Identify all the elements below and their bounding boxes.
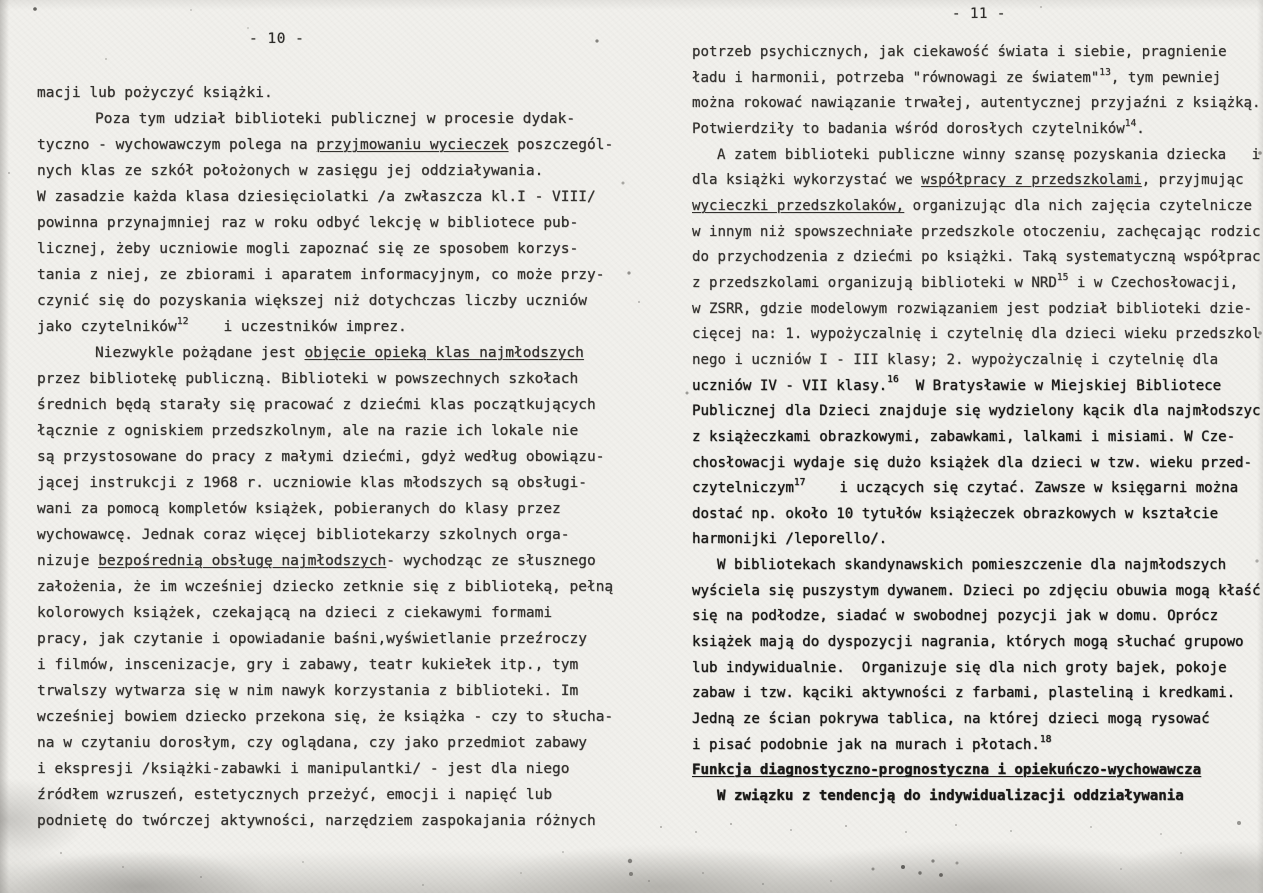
text-segment: i filmów, inscenizacje, gry i zabawy, te…	[37, 657, 578, 673]
text-segment: przyjmowaniu wycieczek	[316, 137, 508, 153]
page-number-left: - 10 -	[249, 31, 304, 47]
text-segment: wychowawcę. Jednak coraz więcej bibliote…	[37, 527, 570, 543]
text-segment: i w Czechosłowacji,	[1068, 275, 1238, 291]
text-line: macji lub pożyczyć książki.	[37, 80, 622, 106]
text-segment: źródłem wzruszeń, estetycznych przeżyć, …	[37, 787, 552, 803]
text-line: przez bibliotekę publiczną. Biblioteki w…	[37, 366, 622, 392]
text-line: nego i uczniów I - III klasy; 2. wypożyc…	[692, 348, 1263, 374]
text-segment: trwalszy wytwarza się w nim nawyk korzys…	[37, 683, 578, 699]
text-line: Publicznej dla Dzieci znajduje się wydzi…	[692, 399, 1263, 425]
footnote-ref: 13	[1099, 67, 1111, 78]
text-segment: wycieczki przedszkolaków,	[692, 198, 904, 214]
footnote-ref: 15	[1057, 272, 1069, 283]
text-segment: A zatem biblioteki publiczne winny szans…	[717, 147, 1260, 163]
text-segment: bezpośrednią obsługę najmłodszych	[98, 553, 386, 569]
footnote-ref: 16	[887, 374, 899, 385]
text-line: powinna przynajmniej raz w roku odbyć le…	[37, 210, 622, 236]
text-segment: z książeczkami obrazkowymi, zabawkami, l…	[692, 429, 1235, 445]
text-segment: łącznie z ogniskiem przedszkolnym, ale n…	[37, 423, 578, 439]
text-segment: nych klas ze szkół położonych w zasięgu …	[37, 163, 543, 179]
text-line: dostać np. około 10 tytułów książeczek o…	[692, 502, 1263, 528]
footnote-ref: 18	[1040, 734, 1052, 745]
text-segment: Funkcja diagnostyczno-prognostyczna i op…	[692, 762, 1201, 778]
text-segment: Poza tym udział biblioteki publicznej w …	[95, 111, 575, 127]
text-segment: - wychodząc ze słusznego	[386, 553, 596, 569]
text-segment: i pisać podobnie jak na murach i płotach…	[692, 737, 1040, 753]
text-segment: , tym pewniej	[1111, 70, 1221, 86]
text-segment: kolorowych książek, czekającą na dzieci …	[37, 605, 552, 621]
scanned-book-spread: - 10 - - 11 - macji lub pożyczyć książki…	[0, 0, 1263, 893]
text-segment: czynić się do pozyskania większej niż do…	[37, 293, 587, 309]
text-line: wychowawcę. Jednak coraz więcej bibliote…	[37, 522, 622, 548]
text-segment: współpracy z przedszkolami	[921, 172, 1142, 188]
page-lines: macji lub pożyczyć książki.Poza tym udzi…	[37, 80, 622, 834]
text-segment: i uczących się czytać. Zawsze w księgarn…	[805, 480, 1238, 496]
text-line: wyściela się puszystym dywanem. Dzieci p…	[692, 579, 1263, 605]
text-line: nych klas ze szkół położonych w zasięgu …	[37, 158, 622, 184]
text-line: w innym niż spowszechniałe przedszkole o…	[692, 220, 1263, 246]
text-segment: Publicznej dla Dzieci znajduje się wydzi…	[692, 403, 1261, 419]
text-line: Potwierdziły to badania wśród dorosłych …	[692, 117, 1263, 143]
text-line: wcześniej bowiem dziecko przekona się, ż…	[37, 704, 622, 730]
text-segment: tyczno - wychowawczym polega na	[37, 137, 316, 153]
page-10: macji lub pożyczyć książki.Poza tym udzi…	[37, 80, 622, 834]
text-line: dla książki wykorzystać we współpracy z …	[692, 168, 1263, 194]
text-segment: jącej instrukcji z 1968 r. uczniowie kla…	[37, 475, 587, 491]
text-segment: zabaw i tzw. kąciki aktywności z farbami…	[692, 685, 1235, 701]
text-segment: nizuje	[37, 553, 98, 569]
text-segment: harmonijki /leporello/.	[692, 531, 887, 547]
text-line: źródłem wzruszeń, estetycznych przeżyć, …	[37, 782, 622, 808]
text-line: potrzeb psychicznych, jak ciekawość świa…	[692, 40, 1263, 66]
text-line: Funkcja diagnostyczno-prognostyczna i op…	[692, 758, 1263, 784]
text-segment: średnich będą starały się pracować z dzi…	[37, 397, 596, 413]
text-line: Jedną ze ścian pokrywa tablica, na które…	[692, 707, 1263, 733]
text-line: i pisać podobnie jak na murach i płotach…	[692, 733, 1263, 759]
text-line: zabaw i tzw. kąciki aktywności z farbami…	[692, 681, 1263, 707]
text-line: lub indywidualnie. Organizuje się dla ni…	[692, 656, 1263, 682]
text-line: Niezwykle pożądane jest objęcie opieką k…	[37, 340, 622, 366]
text-line: i ekspresji /książki-zabawki i manipulan…	[37, 756, 622, 782]
text-line: W związku z tendencją do indywidualizacj…	[692, 784, 1263, 810]
page-11: potrzeb psychicznych, jak ciekawość świa…	[692, 40, 1263, 810]
text-segment: podnietę do twórczej aktywności, narzędz…	[37, 813, 596, 829]
text-line: w ZSRR, gdzie modelowym rozwiązaniem jes…	[692, 297, 1263, 323]
text-line: trwalszy wytwarza się w nim nawyk korzys…	[37, 678, 622, 704]
text-segment: licznej, żeby uczniowie mogli zapoznać s…	[37, 241, 578, 257]
text-segment: założenia, że im wcześniej dziecko zetkn…	[37, 579, 613, 595]
text-line: kolorowych książek, czekającą na dzieci …	[37, 600, 622, 626]
text-line: Poza tym udział biblioteki publicznej w …	[37, 106, 622, 132]
text-line: wycieczki przedszkolaków, organizując dl…	[692, 194, 1263, 220]
text-segment: organizując dla nich zajęcia czytelnicze	[904, 198, 1252, 214]
scan-noise	[0, 0, 2, 2]
text-segment: dla książki wykorzystać we	[692, 172, 921, 188]
text-line: czynić się do pozyskania większej niż do…	[37, 288, 622, 314]
text-segment: czytelniczym	[692, 480, 794, 496]
text-segment: tania z niej, ze zbiorami i aparatem inf…	[37, 267, 604, 283]
text-line: z książeczkami obrazkowymi, zabawkami, l…	[692, 425, 1263, 451]
text-segment: Niezwykle pożądane jest	[95, 345, 305, 361]
text-line: do przychodzenia z dziećmi po książki. T…	[692, 245, 1263, 271]
text-segment: do przychodzenia z dziećmi po książki. T…	[692, 249, 1261, 265]
text-line: jącej instrukcji z 1968 r. uczniowie kla…	[37, 470, 622, 496]
text-line: są przystosowane do pracy z małymi dzieć…	[37, 444, 622, 470]
text-segment: uczniów IV - VII klasy.	[692, 378, 887, 394]
text-segment: książek mają do dyspozycji nagrania, któ…	[692, 634, 1244, 650]
text-line: W bibliotekach skandynawskich pomieszcze…	[692, 553, 1263, 579]
page-lines: potrzeb psychicznych, jak ciekawość świa…	[692, 40, 1263, 810]
text-line: tania z niej, ze zbiorami i aparatem inf…	[37, 262, 622, 288]
text-segment: ładu i harmonii, potrzeba "równowagi ze …	[692, 70, 1099, 86]
text-line: średnich będą starały się pracować z dzi…	[37, 392, 622, 418]
text-segment: i ekspresji /książki-zabawki i manipulan…	[37, 761, 570, 777]
text-segment: .	[1136, 121, 1145, 137]
text-segment: pracy, jak czytanie i opowiadanie baśni,…	[37, 631, 587, 647]
text-line: jako czytelników12 i uczestników imprez.	[37, 314, 622, 340]
text-line: się na podłodze, siadać w swobodnej pozy…	[692, 604, 1263, 630]
text-segment: cięcej na: 1. wypożyczalnię i czytelnię …	[692, 326, 1261, 342]
text-segment: W zasadzie każda klasa dziesięciolatki /…	[37, 189, 596, 205]
text-line: książek mają do dyspozycji nagrania, któ…	[692, 630, 1263, 656]
footnote-ref: 12	[177, 316, 189, 327]
text-segment: na w czytaniu dorosłym, czy oglądana, cz…	[37, 735, 587, 751]
text-segment: są przystosowane do pracy z małymi dzieć…	[37, 449, 604, 465]
text-segment: W bibliotekach skandynawskich pomieszcze…	[717, 557, 1226, 573]
text-line: harmonijki /leporello/.	[692, 527, 1263, 553]
text-line: z przedszkolami organizują biblioteki w …	[692, 271, 1263, 297]
text-segment: wyściela się puszystym dywanem. Dzieci p…	[692, 583, 1261, 599]
text-segment: w innym niż spowszechniałe przedszkole o…	[692, 224, 1261, 240]
text-line: cięcej na: 1. wypożyczalnię i czytelnię …	[692, 322, 1263, 348]
text-line: chosłowacji wydaje się dużo książek dla …	[692, 451, 1263, 477]
text-segment: powinna przynajmniej raz w roku odbyć le…	[37, 215, 578, 231]
text-segment: chosłowacji wydaje się dużo książek dla …	[692, 455, 1252, 471]
text-segment: z przedszkolami organizują biblioteki w …	[692, 275, 1057, 291]
footnote-ref: 14	[1125, 118, 1137, 129]
text-line: czytelniczym17 i uczących się czytać. Za…	[692, 476, 1263, 502]
text-segment: jako czytelników	[37, 319, 177, 335]
text-segment: można rokować nawiązanie trwałej, autent…	[692, 95, 1261, 111]
text-line: na w czytaniu dorosłym, czy oglądana, cz…	[37, 730, 622, 756]
text-line: pracy, jak czytanie i opowiadanie baśni,…	[37, 626, 622, 652]
text-segment: Potwierdziły to badania wśród dorosłych …	[692, 121, 1125, 137]
text-segment: i uczestników imprez.	[189, 319, 407, 335]
text-line: licznej, żeby uczniowie mogli zapoznać s…	[37, 236, 622, 262]
text-segment: W Bratysławie w Miejskiej Bibliotece	[899, 378, 1221, 394]
footnote-ref: 17	[794, 477, 806, 488]
page-number-right: - 11 -	[952, 6, 1006, 22]
text-line: założenia, że im wcześniej dziecko zetkn…	[37, 574, 622, 600]
text-line: ładu i harmonii, potrzeba "równowagi ze …	[692, 66, 1263, 92]
text-segment: wcześniej bowiem dziecko przekona się, ż…	[37, 709, 613, 725]
text-segment: poszczegól-	[508, 137, 613, 153]
text-segment: przez bibliotekę publiczną. Biblioteki w…	[37, 371, 578, 387]
text-line: wani za pomocą kompletów książek, pobier…	[37, 496, 622, 522]
scan-noise	[0, 0, 2, 2]
text-segment: dostać np. około 10 tytułów książeczek o…	[692, 506, 1218, 522]
text-segment: w ZSRR, gdzie modelowym rozwiązaniem jes…	[692, 301, 1252, 317]
text-segment: W związku z tendencją do indywidualizacj…	[717, 788, 1184, 804]
text-segment: Jedną ze ścian pokrywa tablica, na które…	[692, 711, 1210, 727]
text-line: tyczno - wychowawczym polega na przyjmow…	[37, 132, 622, 158]
text-line: nizuje bezpośrednią obsługę najmłodszych…	[37, 548, 622, 574]
text-segment: macji lub pożyczyć książki.	[37, 85, 273, 101]
text-line: W zasadzie każda klasa dziesięciolatki /…	[37, 184, 622, 210]
text-segment: lub indywidualnie. Organizuje się dla ni…	[692, 660, 1227, 676]
text-line: podnietę do twórczej aktywności, narzędz…	[37, 808, 622, 834]
text-segment: wani za pomocą kompletów książek, pobier…	[37, 501, 561, 517]
text-line: i filmów, inscenizacje, gry i zabawy, te…	[37, 652, 622, 678]
text-line: łącznie z ogniskiem przedszkolnym, ale n…	[37, 418, 622, 444]
text-line: uczniów IV - VII klasy.16 W Bratysławie …	[692, 374, 1263, 400]
text-segment: potrzeb psychicznych, jak ciekawość świa…	[692, 44, 1227, 60]
text-segment: nego i uczniów I - III klasy; 2. wypożyc…	[692, 352, 1218, 368]
text-segment: objęcie opieką klas najmłodszych	[305, 345, 584, 361]
text-line: A zatem biblioteki publiczne winny szans…	[692, 143, 1263, 169]
text-segment: się na podłodze, siadać w swobodnej pozy…	[692, 608, 1218, 624]
text-line: można rokować nawiązanie trwałej, autent…	[692, 91, 1263, 117]
text-segment: , przyjmując	[1142, 172, 1244, 188]
